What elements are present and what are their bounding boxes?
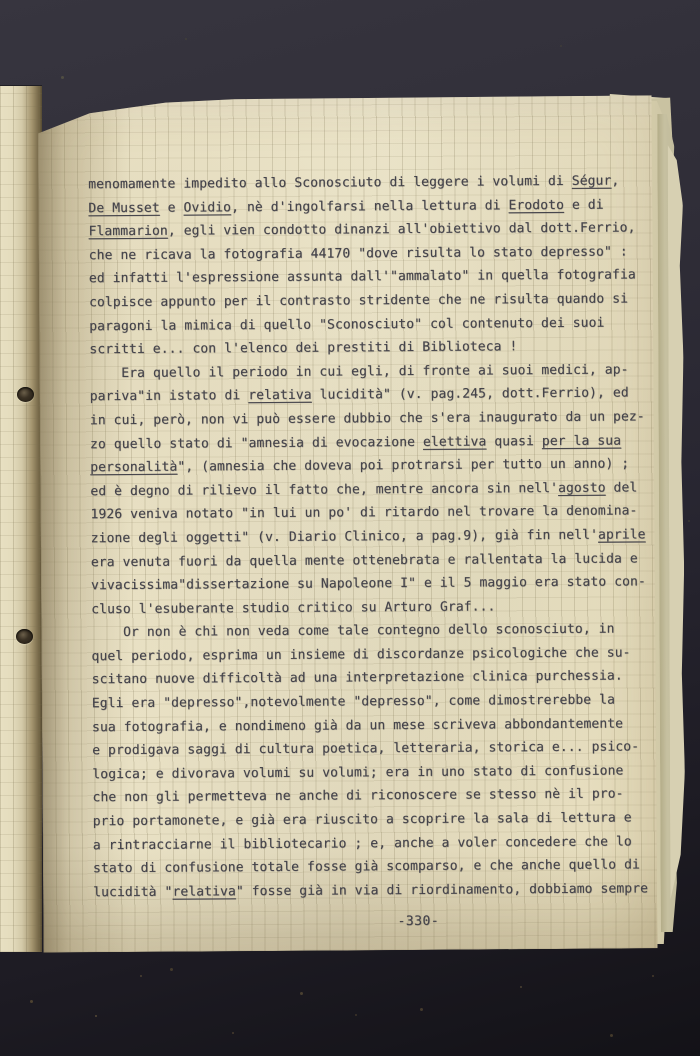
dust-speck [232,1032,234,1034]
text-line: prio portamonete, e già era riuscito a s… [93,806,653,834]
dust-speck [355,1014,357,1016]
dust-speck [185,38,187,40]
page-number: -330- [373,914,463,930]
dust-speck [140,975,142,977]
dust-speck [300,992,303,995]
text-line: Egli era "depresso",notevolmente "depres… [92,688,652,716]
dust-speck [61,76,64,79]
dust-speck [170,968,173,971]
text-line: lucidità "relativa" fosse già in via di … [93,877,653,905]
dust-speck [420,1008,423,1011]
text-line: zione degli oggetti" (v. Diario Clinico,… [91,523,651,551]
photo-background: menomamente impedito allo Sconosciuto di… [0,0,700,1056]
text-block: menomamente impedito allo Sconosciuto di… [88,169,653,904]
dust-speck [520,986,522,988]
dust-speck [610,1034,613,1037]
text-line: menomamente impedito allo Sconosciuto di… [88,169,648,197]
dust-speck [95,1015,97,1017]
dust-speck [30,1000,33,1003]
text-line: colpisce appunto per il contrasto stride… [89,287,649,315]
dust-speck [560,45,562,47]
text-line: in cui, però, non vi può essere dubbio c… [90,405,650,433]
text-line: Flammarion, egli vien condotto dinanzi a… [88,217,648,245]
text-line: paragoni la mimica di quello "Sconosciut… [89,311,649,339]
dust-speck [688,520,690,522]
document-page: menomamente impedito allo Sconosciuto di… [38,95,658,952]
punch-hole-bottom [16,629,33,644]
text-line: vivacissima"dissertazione su Napoleone I… [91,570,651,598]
page-stack-edge [668,145,686,900]
punch-hole-top [17,387,34,402]
text-line: personalità", (amnesia che doveva poi pr… [90,452,650,480]
underlying-page-edge [0,86,42,952]
dust-speck [652,975,654,977]
